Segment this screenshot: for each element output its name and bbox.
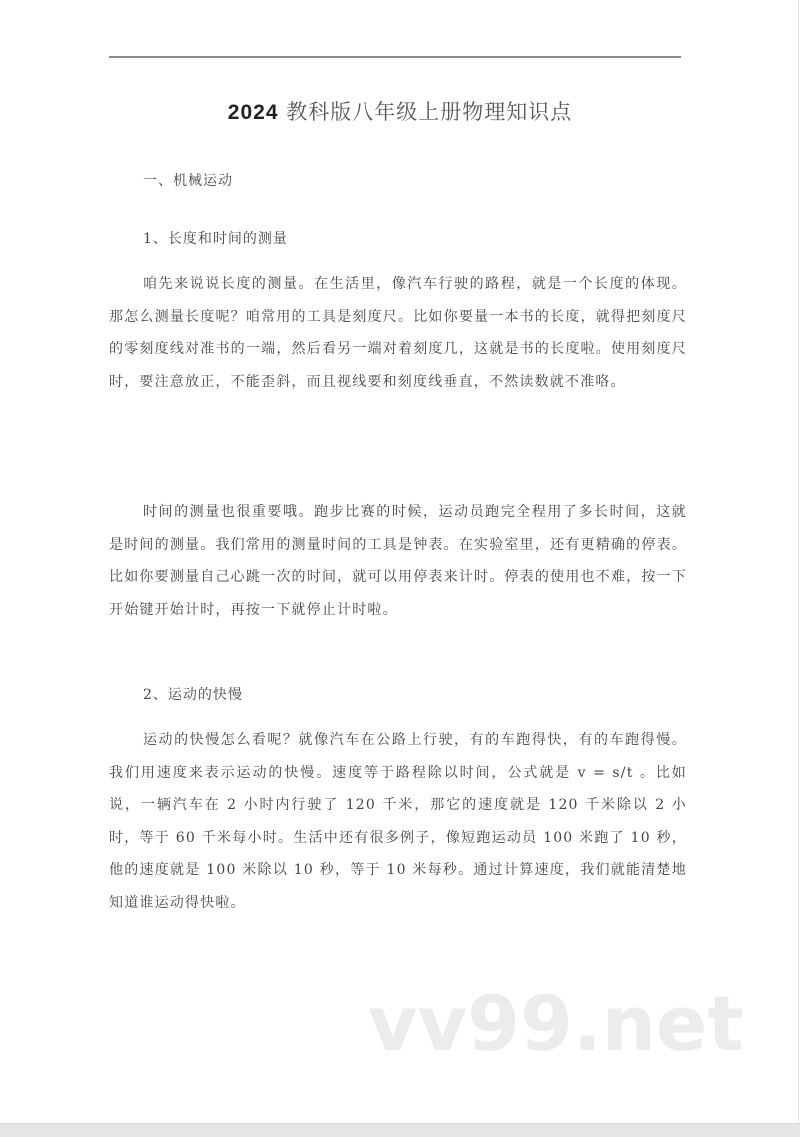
title-year: 2024 [228, 101, 279, 124]
section-heading-mechanical-motion: 一、机械运动 [143, 170, 233, 190]
subsection-heading-measurement: 1、长度和时间的测量 [143, 228, 288, 248]
paragraph-speed: 运动的快慢怎么看呢？就像汽车在公路上行驶，有的车跑得快，有的车跑得慢。我们用速度… [109, 724, 687, 919]
page-title: 2024 教科版八年级上册物理知识点 [0, 96, 800, 126]
subsection-heading-speed: 2、运动的快慢 [143, 684, 243, 704]
page-bottom-edge [0, 1123, 800, 1137]
watermark: vv99.net [368, 986, 744, 1062]
header-rule [109, 56, 681, 58]
paragraph-length-measurement: 咱先来说说长度的测量。在生活里，像汽车行驶的路程，就是一个长度的体现。那怎么测量… [109, 268, 687, 398]
title-text: 教科版八年级上册物理知识点 [279, 100, 573, 124]
document-page: 2024 教科版八年级上册物理知识点 一、机械运动 1、长度和时间的测量 咱先来… [0, 0, 799, 1123]
paragraph-time-measurement: 时间的测量也很重要哦。跑步比赛的时候，运动员跑完全程用了多长时间，这就是时间的测… [109, 496, 687, 626]
